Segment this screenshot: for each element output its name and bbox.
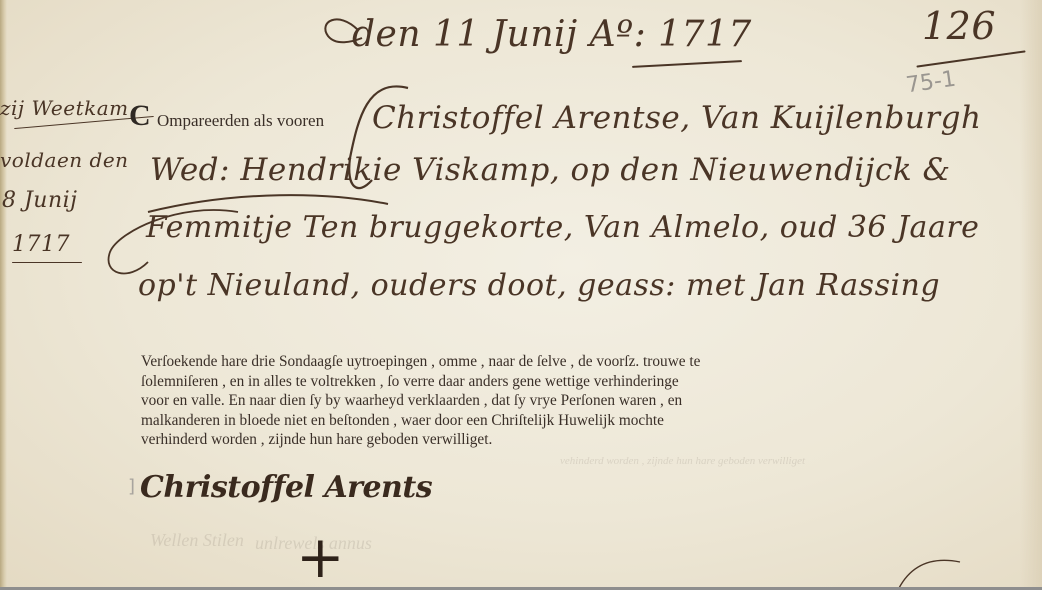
margin-note-line: zij Weetkam (0, 96, 129, 120)
formula-line: voor en valle. En naar dien ſy by waarhe… (141, 391, 821, 411)
bleed-through-text: Wellen Stilen (150, 530, 244, 551)
date-underline (632, 60, 742, 68)
folio-number: 126 (922, 4, 996, 48)
page-binding-edge (0, 0, 7, 588)
groom-details-line: Wed: Hendrikie Viskamp, op den Nieuwendi… (150, 152, 951, 188)
formula-line: Verſoekende hare drie Sondaagſe uytroepi… (141, 352, 821, 372)
formula-line: verhinderd worden , zijnde hun hare gebo… (141, 430, 821, 450)
bride-line: Femmitje Ten bruggekorte, Van Almelo, ou… (146, 210, 979, 245)
formula-line: ſolemniſeren , en in alles te voltrekken… (141, 372, 821, 392)
page-right-edge (1020, 0, 1042, 588)
groom-signature: Christoffel Arents (140, 470, 432, 505)
document-scan: Wellen Stilen unlrewels annus vehinderd … (0, 0, 1042, 588)
bride-details-line: op't Nieuland, ouders doot, geass: met J… (138, 268, 940, 303)
margin-note-line: 8 Junij (2, 188, 78, 213)
printed-intro: Ompareerden als vooren (157, 111, 324, 131)
folio-underline (916, 50, 1025, 67)
corner-stroke-icon (890, 550, 970, 588)
margin-underline (12, 262, 82, 263)
groom-line: Christoffel Arentse, Van Kuijlenburgh (372, 100, 981, 136)
formula-line: malkanderen in bloede niet en beſtonden … (141, 411, 821, 431)
margin-note-line: 1717 (12, 232, 70, 257)
entry-date: den 11 Junij Aº: 1717 (352, 14, 752, 55)
margin-note-line: voldaen den (0, 148, 129, 172)
bleed-through-text: vehinderd worden , zijnde hun hare gebod… (560, 455, 805, 467)
capital-c-flourish-icon (338, 78, 418, 208)
pencil-bracket: ] (128, 476, 135, 497)
initial-letter: C (129, 99, 151, 133)
bride-mark: + (296, 528, 345, 586)
printed-formula: Verſoekende hare drie Sondaagſe uytroepi… (141, 352, 821, 450)
pencil-annotation: 75-1 (905, 67, 958, 99)
